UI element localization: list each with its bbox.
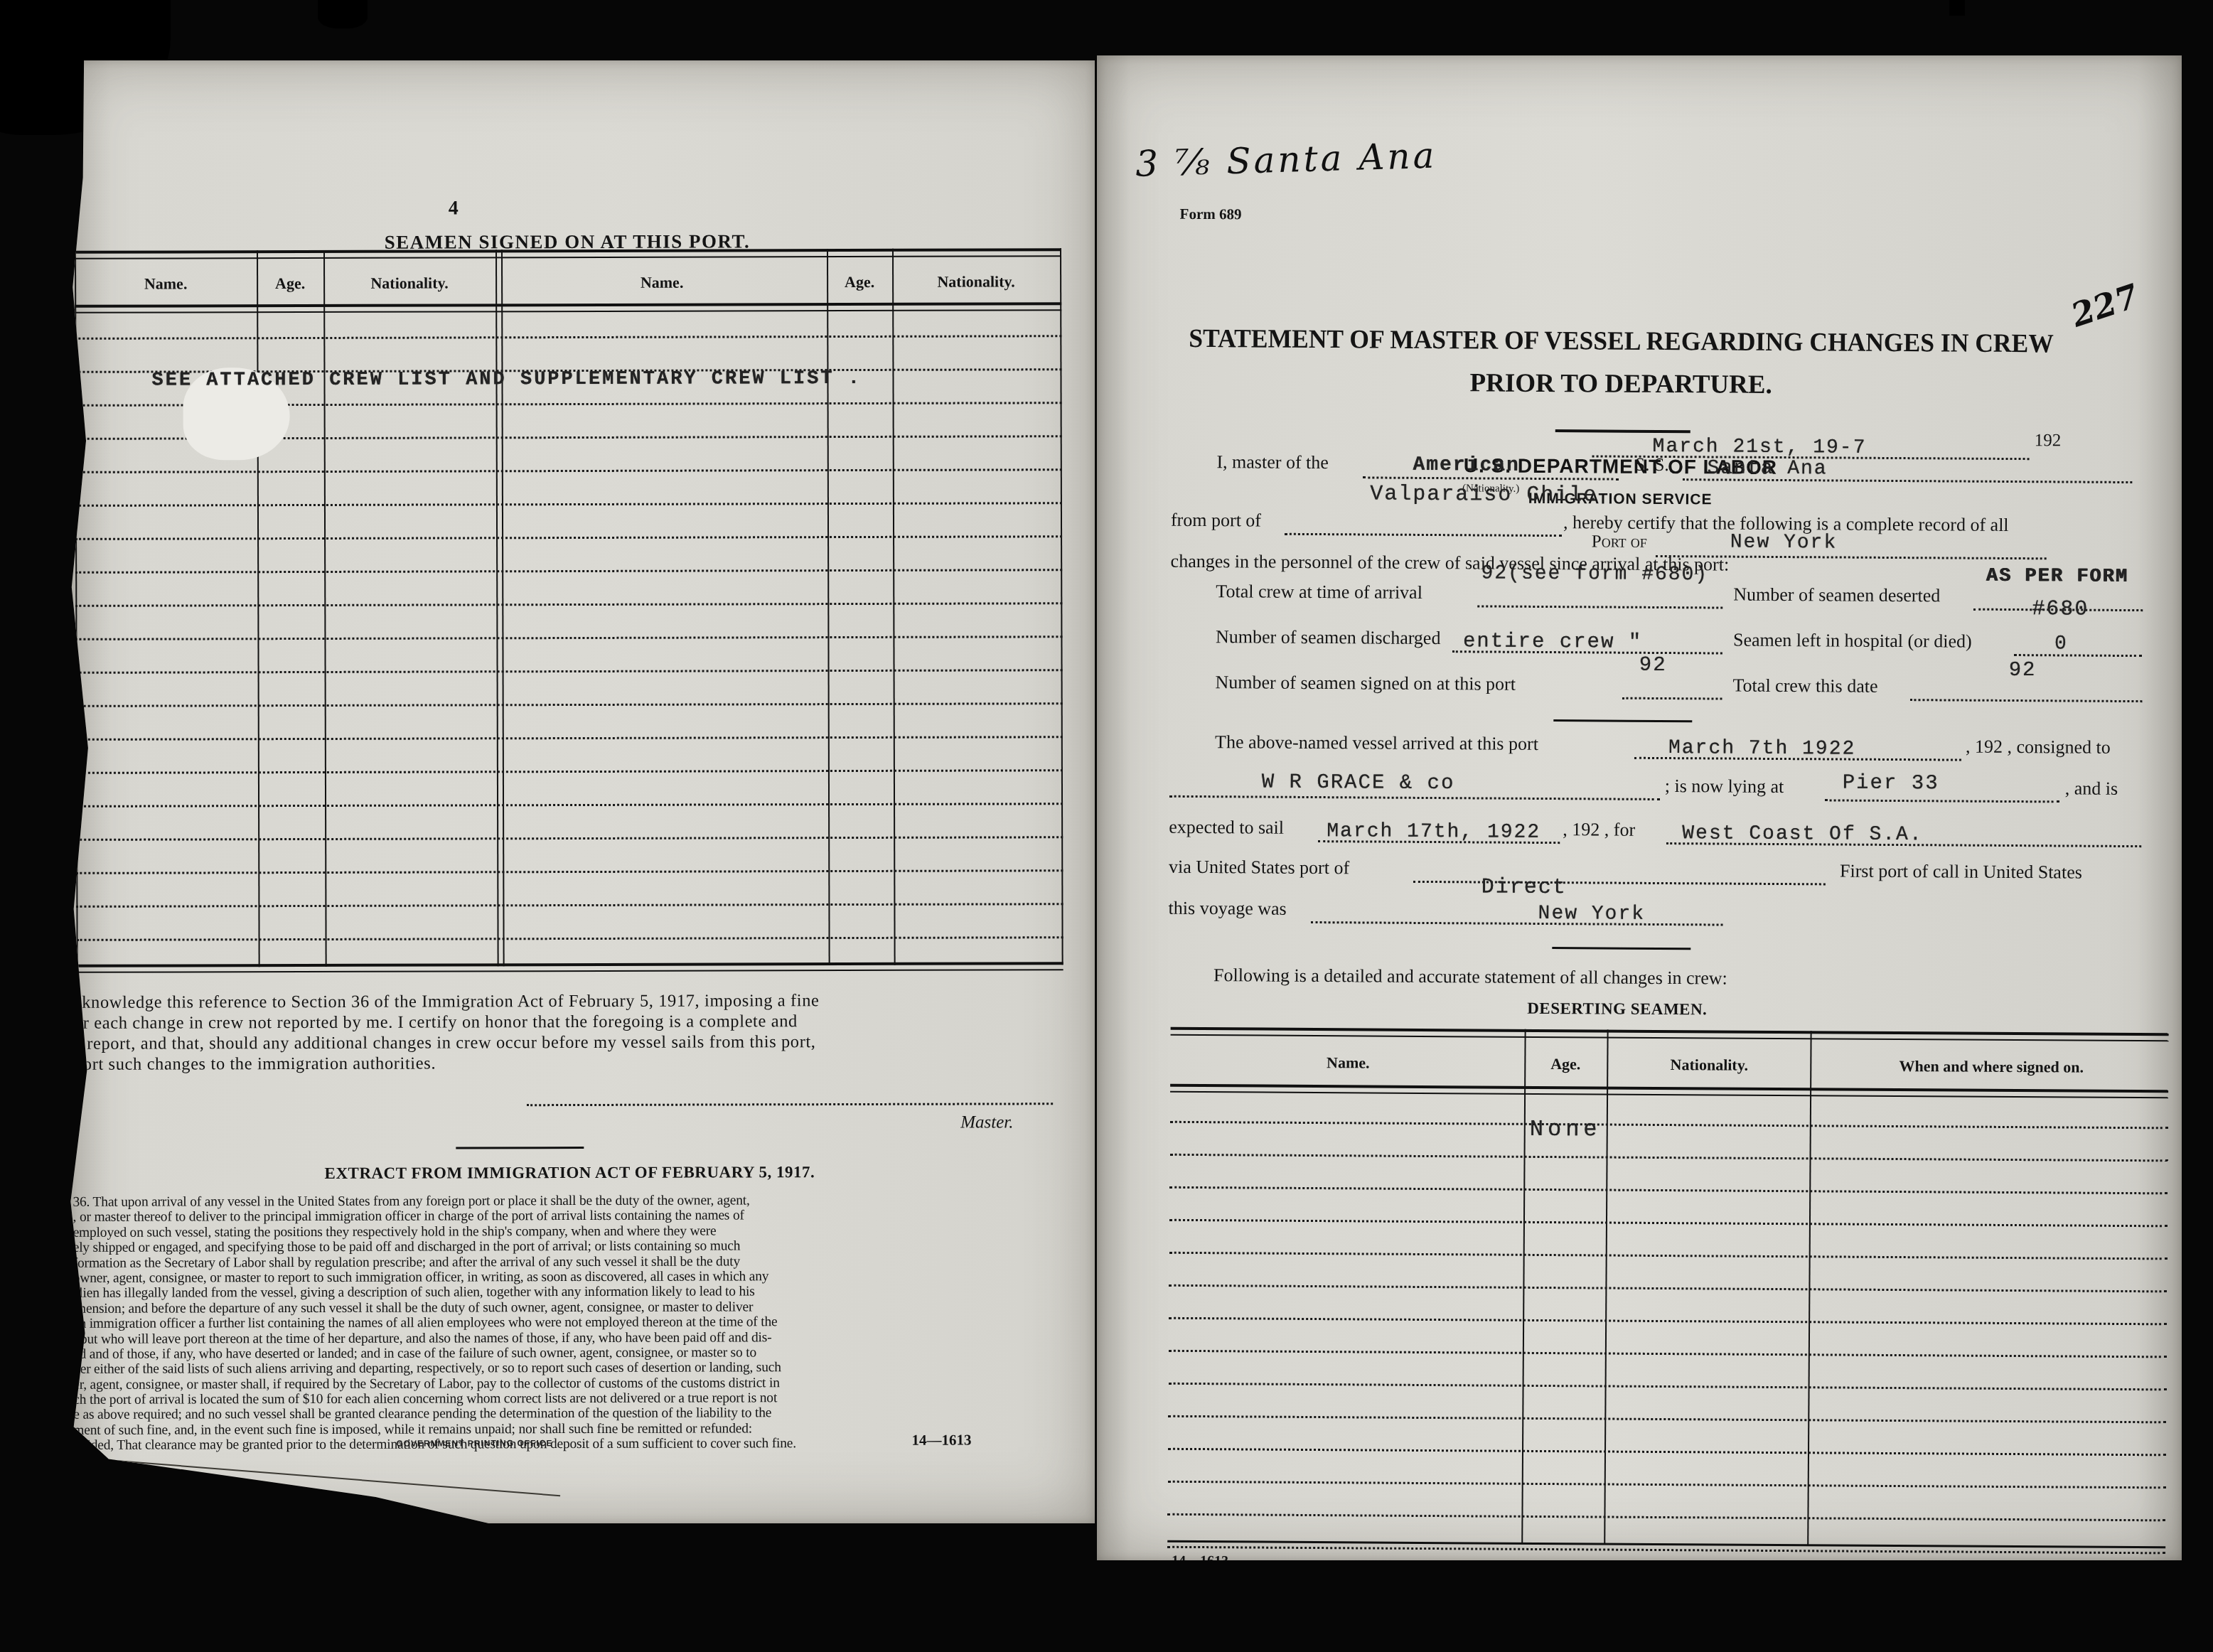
deserting-entry-none: None bbox=[1530, 1116, 1602, 1143]
blank-entry-row bbox=[76, 903, 1063, 908]
col-header-name: Name. bbox=[1327, 1053, 1370, 1072]
table-rows bbox=[1167, 1121, 2168, 1547]
right-form-code: 14—1613 bbox=[1172, 1553, 1228, 1560]
mid-divider-2 bbox=[1552, 947, 1690, 950]
arrival-year-suffix: , 192 , consigned to bbox=[1966, 736, 2111, 758]
table-bottom-rule bbox=[77, 962, 1063, 973]
total-date-value: 92 bbox=[2009, 658, 2037, 682]
blank-entry-row bbox=[76, 736, 1063, 741]
extract-title: EXTRACT FROM IMMIGRATION ACT OF FEBRUARY… bbox=[68, 1162, 1071, 1184]
left-form-code: 14—1613 bbox=[911, 1432, 971, 1449]
section-divider bbox=[456, 1147, 584, 1149]
scan-artifact-top-mark bbox=[318, 0, 368, 28]
lying-label: ; is now lying at bbox=[1665, 776, 1784, 798]
col-header-nationality-2: Nationality. bbox=[937, 272, 1014, 291]
form-number: Form 689 bbox=[1180, 205, 1242, 224]
form-title-line2: PRIOR TO DEPARTURE. bbox=[1097, 365, 2147, 402]
port-of-label: Port of bbox=[1592, 532, 1647, 552]
blank-entry-row bbox=[76, 769, 1063, 774]
master-prefix: I, master of the bbox=[1216, 451, 1329, 473]
signed-on-blank bbox=[1622, 697, 1722, 700]
form-title-line1: STATEMENT OF MASTER OF VESSEL REGARDING … bbox=[1116, 323, 2126, 360]
date-printed-year: 192 bbox=[2035, 431, 2062, 451]
blank-entry-row bbox=[75, 502, 1062, 507]
consignee-value: W R GRACE & co bbox=[1262, 771, 1455, 795]
consignee-blank bbox=[1169, 795, 1660, 800]
col-header-age-2: Age. bbox=[845, 273, 874, 291]
blank-entry-row bbox=[76, 803, 1063, 808]
blank-entry-row bbox=[1169, 1317, 2167, 1326]
blank-entry-row bbox=[76, 702, 1063, 707]
first-port-label: First port of call in United States bbox=[1840, 861, 2082, 884]
total-date-blank bbox=[1910, 699, 2142, 702]
via-value: Direct bbox=[1481, 875, 1567, 900]
arrival-prefix: The above-named vessel arrived at this p… bbox=[1215, 731, 1538, 755]
mid-divider bbox=[1553, 719, 1692, 722]
blank-entry-row bbox=[1169, 1252, 2168, 1260]
from-port-value: Valparaiso Chile bbox=[1370, 482, 1597, 508]
signed-on-value: 92 bbox=[1639, 653, 1667, 677]
blank-entry-row bbox=[75, 569, 1062, 574]
typed-crew-list-note: SEE ATTACHED CREW LIST AND SUPPLEMENTARY… bbox=[151, 368, 862, 392]
total-arrival-label: Total crew at time of arrival bbox=[1216, 581, 1422, 604]
right-page: 3 ⅞ Santa Ana Form 689 STATEMENT OF MAST… bbox=[1097, 55, 2182, 1560]
printer-imprint: GOVERNMENT PRINTING OFFICE bbox=[375, 1438, 574, 1449]
ss-label: S. S. bbox=[1634, 454, 1669, 476]
table-top-rule bbox=[75, 248, 1061, 259]
hospital-value: 0 bbox=[2054, 633, 2068, 655]
extract-paragraph: 36. That upon arrival of any vessel in t… bbox=[73, 1192, 1067, 1453]
blank-entry-row bbox=[1169, 1219, 2168, 1228]
signed-on-label: Number of seamen signed on at this port bbox=[1216, 672, 1516, 695]
via-blank bbox=[1413, 881, 1826, 886]
blank-entry-row bbox=[1170, 1154, 2168, 1162]
title-divider bbox=[1555, 429, 1690, 433]
blank-entry-row bbox=[75, 635, 1062, 640]
col-header-name-2: Name. bbox=[641, 274, 684, 292]
seamen-signed-on-table: Name. Age. Nationality. Name. Age. Natio… bbox=[75, 248, 1063, 970]
destination-value: West Coast Of S.A. bbox=[1682, 822, 1923, 846]
lying-value: Pier 33 bbox=[1843, 771, 1939, 795]
certify-suffix: , hereby certify that the following is a… bbox=[1563, 512, 2009, 536]
blank-entry-row bbox=[1167, 1513, 2165, 1522]
blank-entry-row bbox=[76, 869, 1063, 874]
total-date-label: Total crew this date bbox=[1733, 675, 1878, 697]
and-is-suffix: , and is bbox=[2065, 778, 2118, 799]
col-header-age: Age. bbox=[1550, 1055, 1580, 1073]
following-line: Following is a detailed and accurate sta… bbox=[1213, 965, 1727, 989]
total-arrival-blank bbox=[1477, 605, 1722, 608]
blank-entry-row bbox=[76, 669, 1063, 674]
blank-entry-row bbox=[75, 602, 1062, 607]
service-name: IMMIGRATION SERVICE bbox=[1097, 488, 2146, 511]
sail-year-suffix: , 192 , for bbox=[1563, 819, 1635, 841]
from-port-blank bbox=[1285, 533, 1562, 537]
col-header-name: Name. bbox=[144, 274, 188, 293]
vessel-value: Santa Ana bbox=[1707, 457, 1827, 480]
blank-entry-row bbox=[1169, 1383, 2167, 1391]
total-arrival-value: 92(see form #680) bbox=[1481, 562, 1708, 586]
table-top-rule bbox=[1171, 1027, 2169, 1042]
left-page: 4 SEAMEN SIGNED ON AT THIS PORT. Name. A… bbox=[68, 60, 1095, 1523]
col-header-nationality: Nationality. bbox=[1671, 1056, 1749, 1075]
discharged-value: entire crew " bbox=[1463, 629, 1642, 654]
sail-date-value: March 17th, 1922 bbox=[1327, 820, 1540, 844]
voyage-value: New York bbox=[1538, 903, 1646, 926]
hospital-label: Seamen left in hospital (or died) bbox=[1733, 630, 1972, 653]
arrival-date-value: March 7th 1922 bbox=[1668, 737, 1855, 761]
sail-label: expected to sail bbox=[1169, 817, 1284, 839]
blank-entry-row bbox=[76, 836, 1063, 841]
blank-entry-row bbox=[77, 936, 1063, 941]
blank-entry-row bbox=[1168, 1448, 2166, 1457]
blank-entry-row bbox=[75, 535, 1062, 540]
discharged-label: Number of seamen discharged bbox=[1216, 626, 1441, 649]
deserted-label: Number of seamen deserted bbox=[1733, 584, 1940, 607]
deserted-value-line2: #680 bbox=[2032, 597, 2089, 621]
table-header-rule bbox=[75, 302, 1061, 313]
hospital-blank bbox=[2014, 654, 2142, 657]
voyage-label: this voyage was bbox=[1169, 898, 1287, 920]
master-signature-line bbox=[527, 1103, 1053, 1106]
nationality-value: American bbox=[1413, 454, 1520, 477]
deserted-value-line1: AS PER FORM bbox=[1986, 566, 2128, 588]
scan-artifact-top-mark-2 bbox=[1949, 0, 1965, 16]
deserting-seamen-table: Name. Age. Nationality. When and where s… bbox=[1167, 1027, 2168, 1551]
col-header-nationality: Nationality. bbox=[370, 274, 448, 292]
scanned-document: 4 SEAMEN SIGNED ON AT THIS PORT. Name. A… bbox=[0, 0, 2213, 1652]
blank-entry-row bbox=[75, 468, 1062, 473]
via-label: via United States port of bbox=[1169, 857, 1349, 879]
col-header-age: Age. bbox=[275, 274, 305, 293]
acknowledgment-paragraph: cknowledge this reference to Section 36 … bbox=[74, 990, 1066, 1076]
col-header-signed-on: When and where signed on. bbox=[1899, 1057, 2084, 1077]
blank-entry-row bbox=[1169, 1186, 2168, 1195]
handwritten-page-number: 227 bbox=[2067, 277, 2143, 335]
table-header-rule bbox=[1170, 1084, 2168, 1099]
blank-entry-row bbox=[75, 335, 1061, 340]
page-number: 4 bbox=[425, 197, 482, 220]
deserting-seamen-title: DESERTING SEAMEN. bbox=[1097, 997, 2143, 1021]
from-port-label: from port of bbox=[1171, 510, 1261, 532]
date-typed-value: March 21st, 19-7 bbox=[1653, 436, 1867, 459]
blank-entry-row bbox=[1168, 1481, 2166, 1489]
blank-entry-row bbox=[1169, 1350, 2167, 1358]
master-signature-label: Master. bbox=[960, 1112, 1013, 1132]
blank-entry-row bbox=[1170, 1121, 2168, 1130]
lying-blank bbox=[1825, 799, 2059, 803]
blank-entry-row bbox=[1168, 1415, 2166, 1424]
voyage-blank bbox=[1311, 921, 1723, 926]
handwritten-vessel-note: 3 ⅞ Santa Ana bbox=[1135, 135, 1437, 185]
blank-entry-row bbox=[1169, 1284, 2167, 1293]
